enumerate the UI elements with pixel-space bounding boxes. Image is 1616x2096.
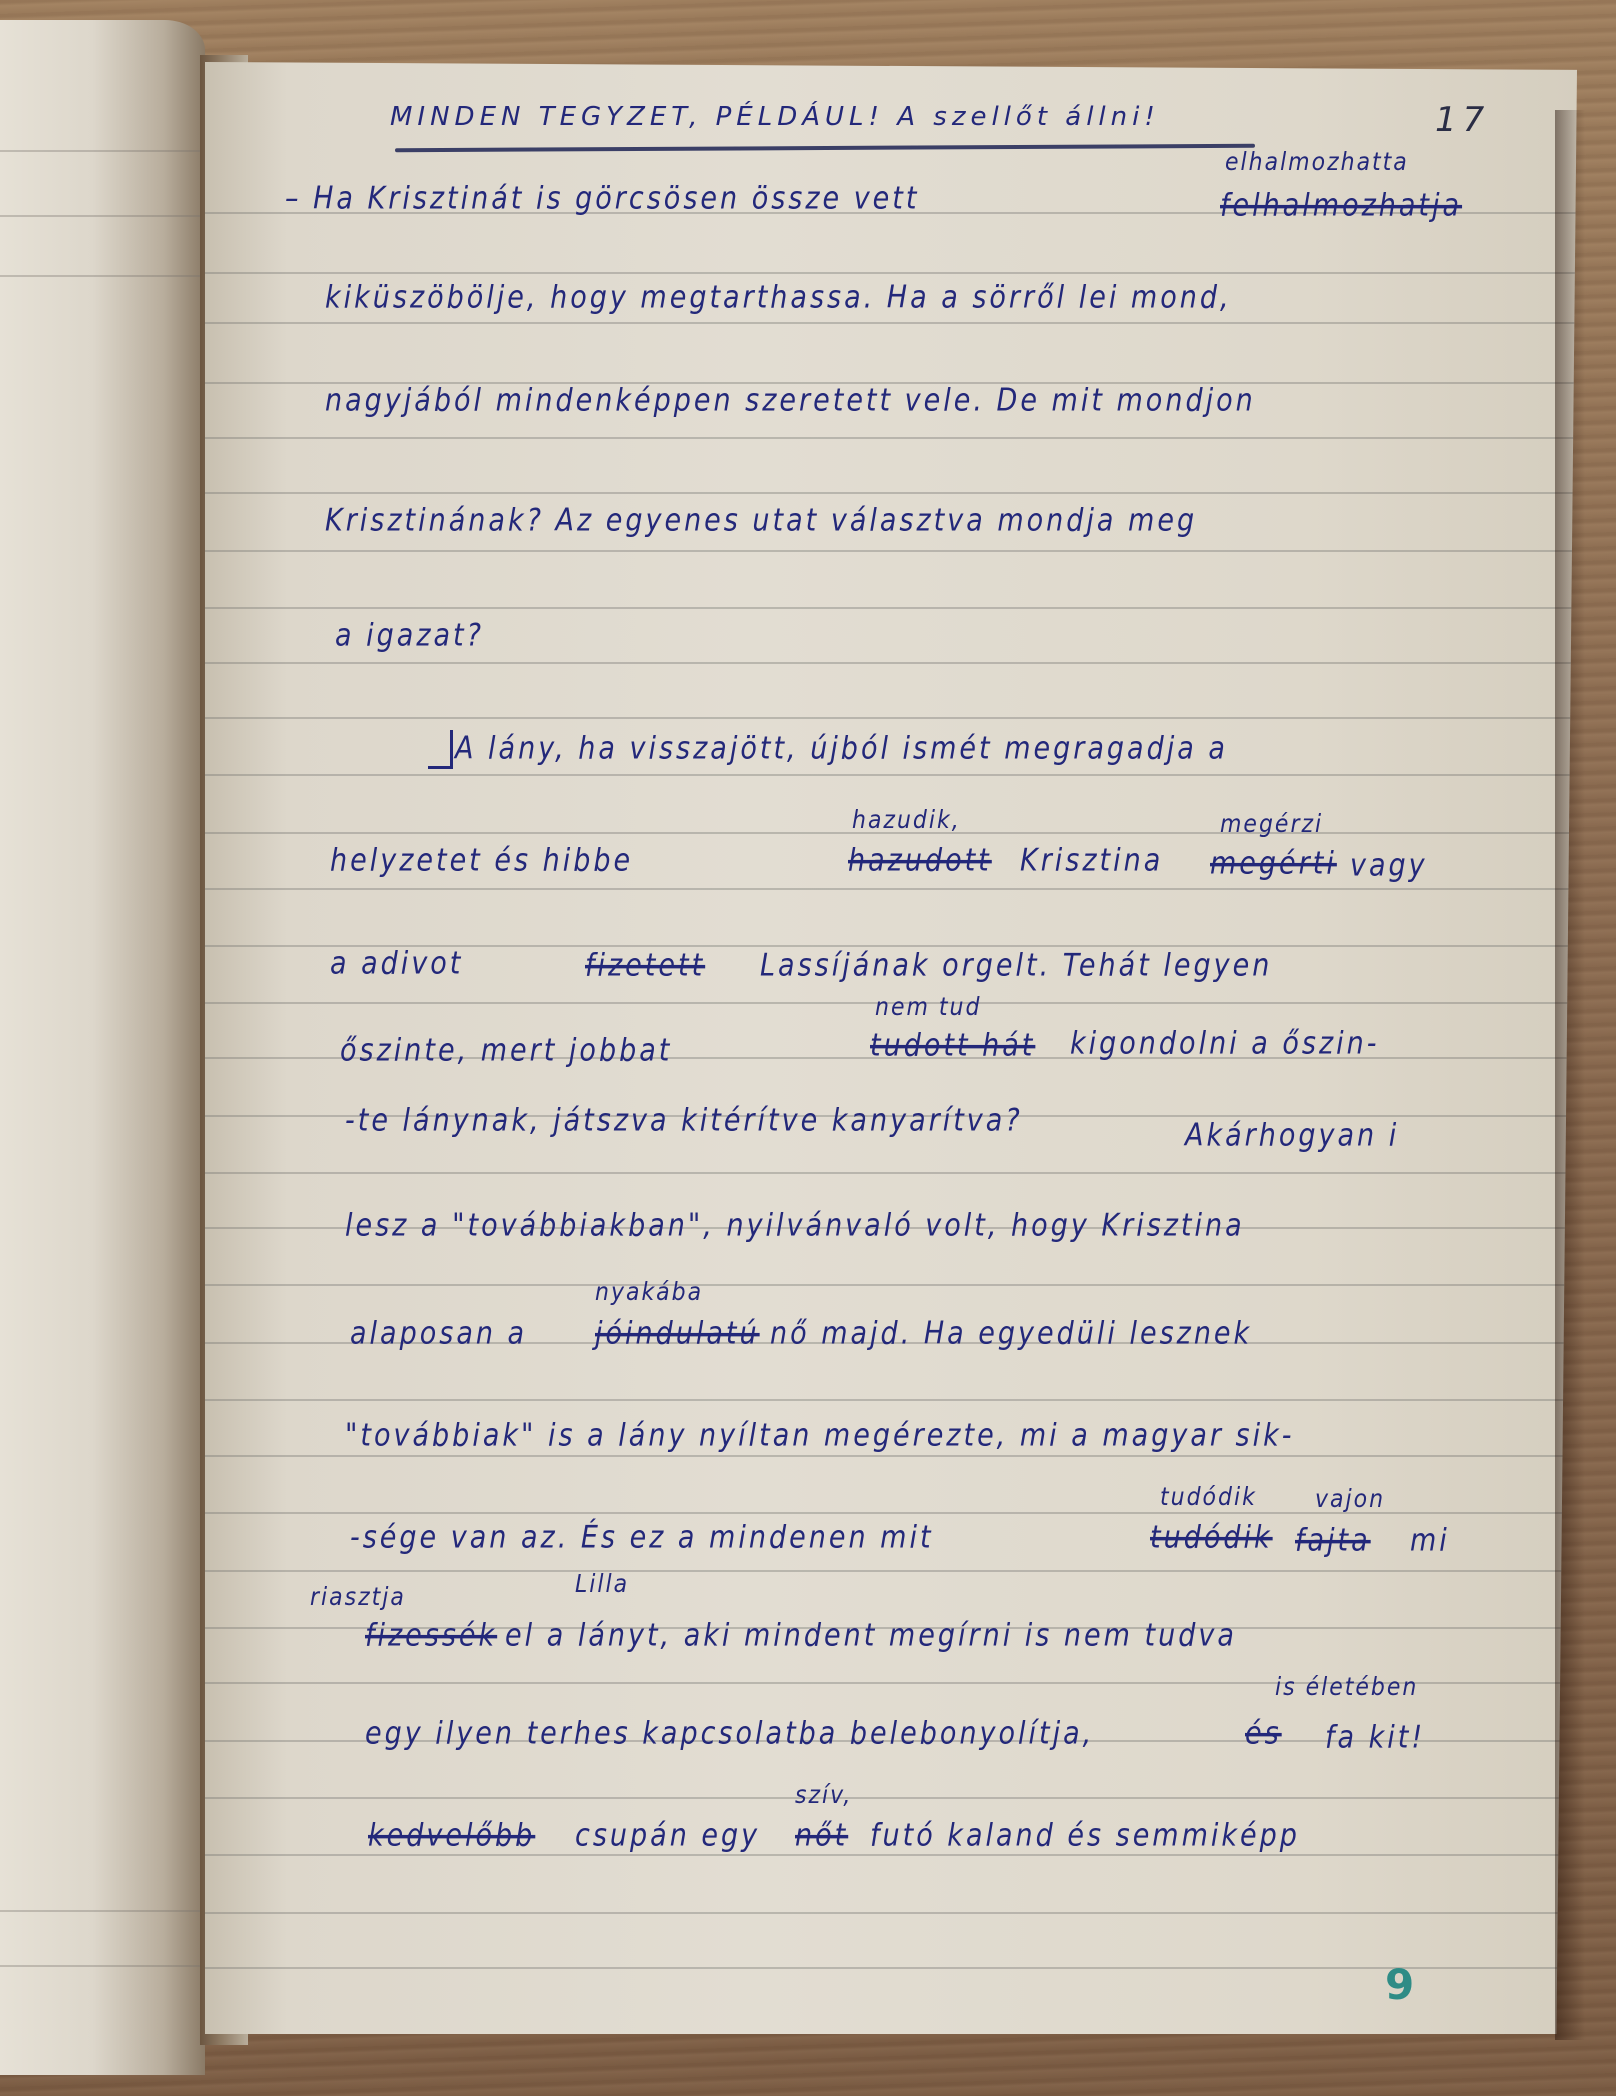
manuscript-line-11: lesz a "továbbiakban", nyilvánvaló volt,… — [345, 1208, 1245, 1244]
paragraph-mark — [428, 730, 453, 769]
manuscript-line-9-start: őszinte, mert jobbat — [340, 1033, 672, 1069]
ruled-line — [0, 150, 205, 152]
struck-word: fajta — [1295, 1523, 1371, 1559]
ruled-line — [205, 550, 1577, 552]
manuscript-line-6: A lány, ha visszajött, újból ismét megra… — [455, 731, 1228, 767]
ruled-line — [205, 717, 1577, 719]
interlinear-insertion: elhalmozhatta — [1225, 148, 1409, 177]
manuscript-line-13: "továbbiak" is a lány nyíltan megérezte,… — [345, 1418, 1295, 1454]
manuscript-line-16-end: fa kit! — [1325, 1720, 1425, 1756]
manuscript-line-7-middle: Krisztina — [1020, 843, 1163, 879]
manuscript-line-7-start: helyzetet és hibbe — [330, 843, 633, 879]
manuscript-line-14-end: mi — [1410, 1523, 1450, 1559]
ruled-line — [205, 492, 1577, 494]
interlinear-insertion: vajon — [1315, 1485, 1385, 1514]
interlinear-insertion: hazudik, — [852, 806, 961, 835]
manuscript-line-17-end: futó kaland és semmiképp — [870, 1818, 1300, 1854]
struck-word: tudódik — [1150, 1520, 1273, 1556]
interlinear-insertion: is életében — [1275, 1673, 1418, 1702]
ruled-line — [205, 1967, 1577, 1969]
ruled-line — [205, 1172, 1577, 1174]
manuscript-line-14-start: -sége van az. És ez a mindenen mit — [350, 1520, 934, 1556]
manuscript-line-3: nagyjából mindenképpen szeretett vele. D… — [325, 383, 1256, 419]
ruled-line — [205, 1284, 1577, 1286]
struck-word: megérti — [1210, 846, 1337, 882]
manuscript-line-15: el a lányt, aki mindent megírni is nem t… — [505, 1618, 1237, 1654]
manuscript-line-16-start: egy ilyen terhes kapcsolatba belebonyolí… — [365, 1716, 1094, 1752]
margin-insertion: riasztja — [310, 1583, 406, 1612]
manuscript-line-5: a igazat? — [335, 618, 484, 654]
manuscript-line-17-middle: csupán egy — [575, 1818, 760, 1854]
struck-word: és — [1245, 1716, 1282, 1752]
manuscript-line-1: – Ha Krisztinát is görcsösen össze vett — [285, 181, 919, 217]
page-edge-shadow — [1555, 110, 1585, 2040]
interlinear-insertion: nyakába — [595, 1278, 703, 1307]
ruled-line — [205, 1854, 1577, 1856]
ruled-line — [205, 1912, 1577, 1914]
struck-word: fizetett — [585, 948, 705, 984]
ruled-line — [205, 272, 1577, 274]
page-number-bottom: 9 — [1385, 1960, 1414, 2009]
interlinear-insertion: megérzi — [1220, 810, 1323, 839]
manuscript-line-8-end: Lassíjának orgelt. Tehát legyen — [760, 948, 1272, 984]
manuscript-line-12-end: nő majd. Ha egyedüli lesznek — [770, 1316, 1252, 1352]
interlinear-insertion: szív, — [795, 1781, 852, 1810]
struck-word: fizessék — [365, 1618, 497, 1654]
ruled-line — [205, 774, 1577, 776]
ruled-line — [0, 1910, 205, 1912]
ruled-line — [0, 215, 205, 217]
ruled-line — [205, 1570, 1577, 1572]
struck-word: felhalmozhatja — [1220, 188, 1462, 224]
ruled-line — [205, 888, 1577, 890]
struck-word: hazudott — [848, 843, 992, 879]
ruled-line — [0, 1965, 205, 1967]
ruled-line — [205, 607, 1577, 609]
manuscript-line-9-end: kigondolni a őszin- — [1070, 1026, 1380, 1062]
manuscript-line-10: -te lánynak, játszva kitérítve kanyarítv… — [345, 1103, 1023, 1139]
ruled-line — [205, 662, 1577, 664]
ruled-line — [205, 322, 1577, 324]
manuscript-line-4: Krisztinának? Az egyenes utat választva … — [325, 503, 1197, 539]
ruled-line — [0, 275, 205, 277]
ruled-line — [205, 1455, 1577, 1457]
ruled-line — [205, 1399, 1577, 1401]
manuscript-line-2: kiküszöbölje, hogy megtarthassa. Ha a sö… — [325, 280, 1232, 316]
manuscript-line-12-start: alaposan a — [350, 1316, 527, 1352]
manuscript-line-10-right: Akárhogyan i — [1185, 1118, 1399, 1154]
struck-word: kedvelőbb — [368, 1818, 535, 1854]
manuscript-line-7-end: vagy — [1350, 848, 1428, 884]
ruled-line — [205, 1797, 1577, 1799]
page-number-top: 17 — [1435, 100, 1490, 140]
ruled-line — [205, 437, 1577, 439]
interlinear-insertion: nem tud — [875, 993, 981, 1022]
previous-page — [0, 20, 205, 2075]
struck-word: jóindulatú — [595, 1316, 760, 1352]
interlinear-insertion: Lilla — [575, 1570, 629, 1599]
struck-word: tudott hát — [870, 1028, 1035, 1064]
page-heading: MINDEN TEGYZET, PÉLDÁUL! A szellőt állni… — [390, 102, 1160, 132]
struck-word: nőt — [795, 1818, 848, 1854]
manuscript-line-8-start: a adivot — [330, 946, 463, 982]
interlinear-insertion: tudódik — [1160, 1483, 1257, 1512]
